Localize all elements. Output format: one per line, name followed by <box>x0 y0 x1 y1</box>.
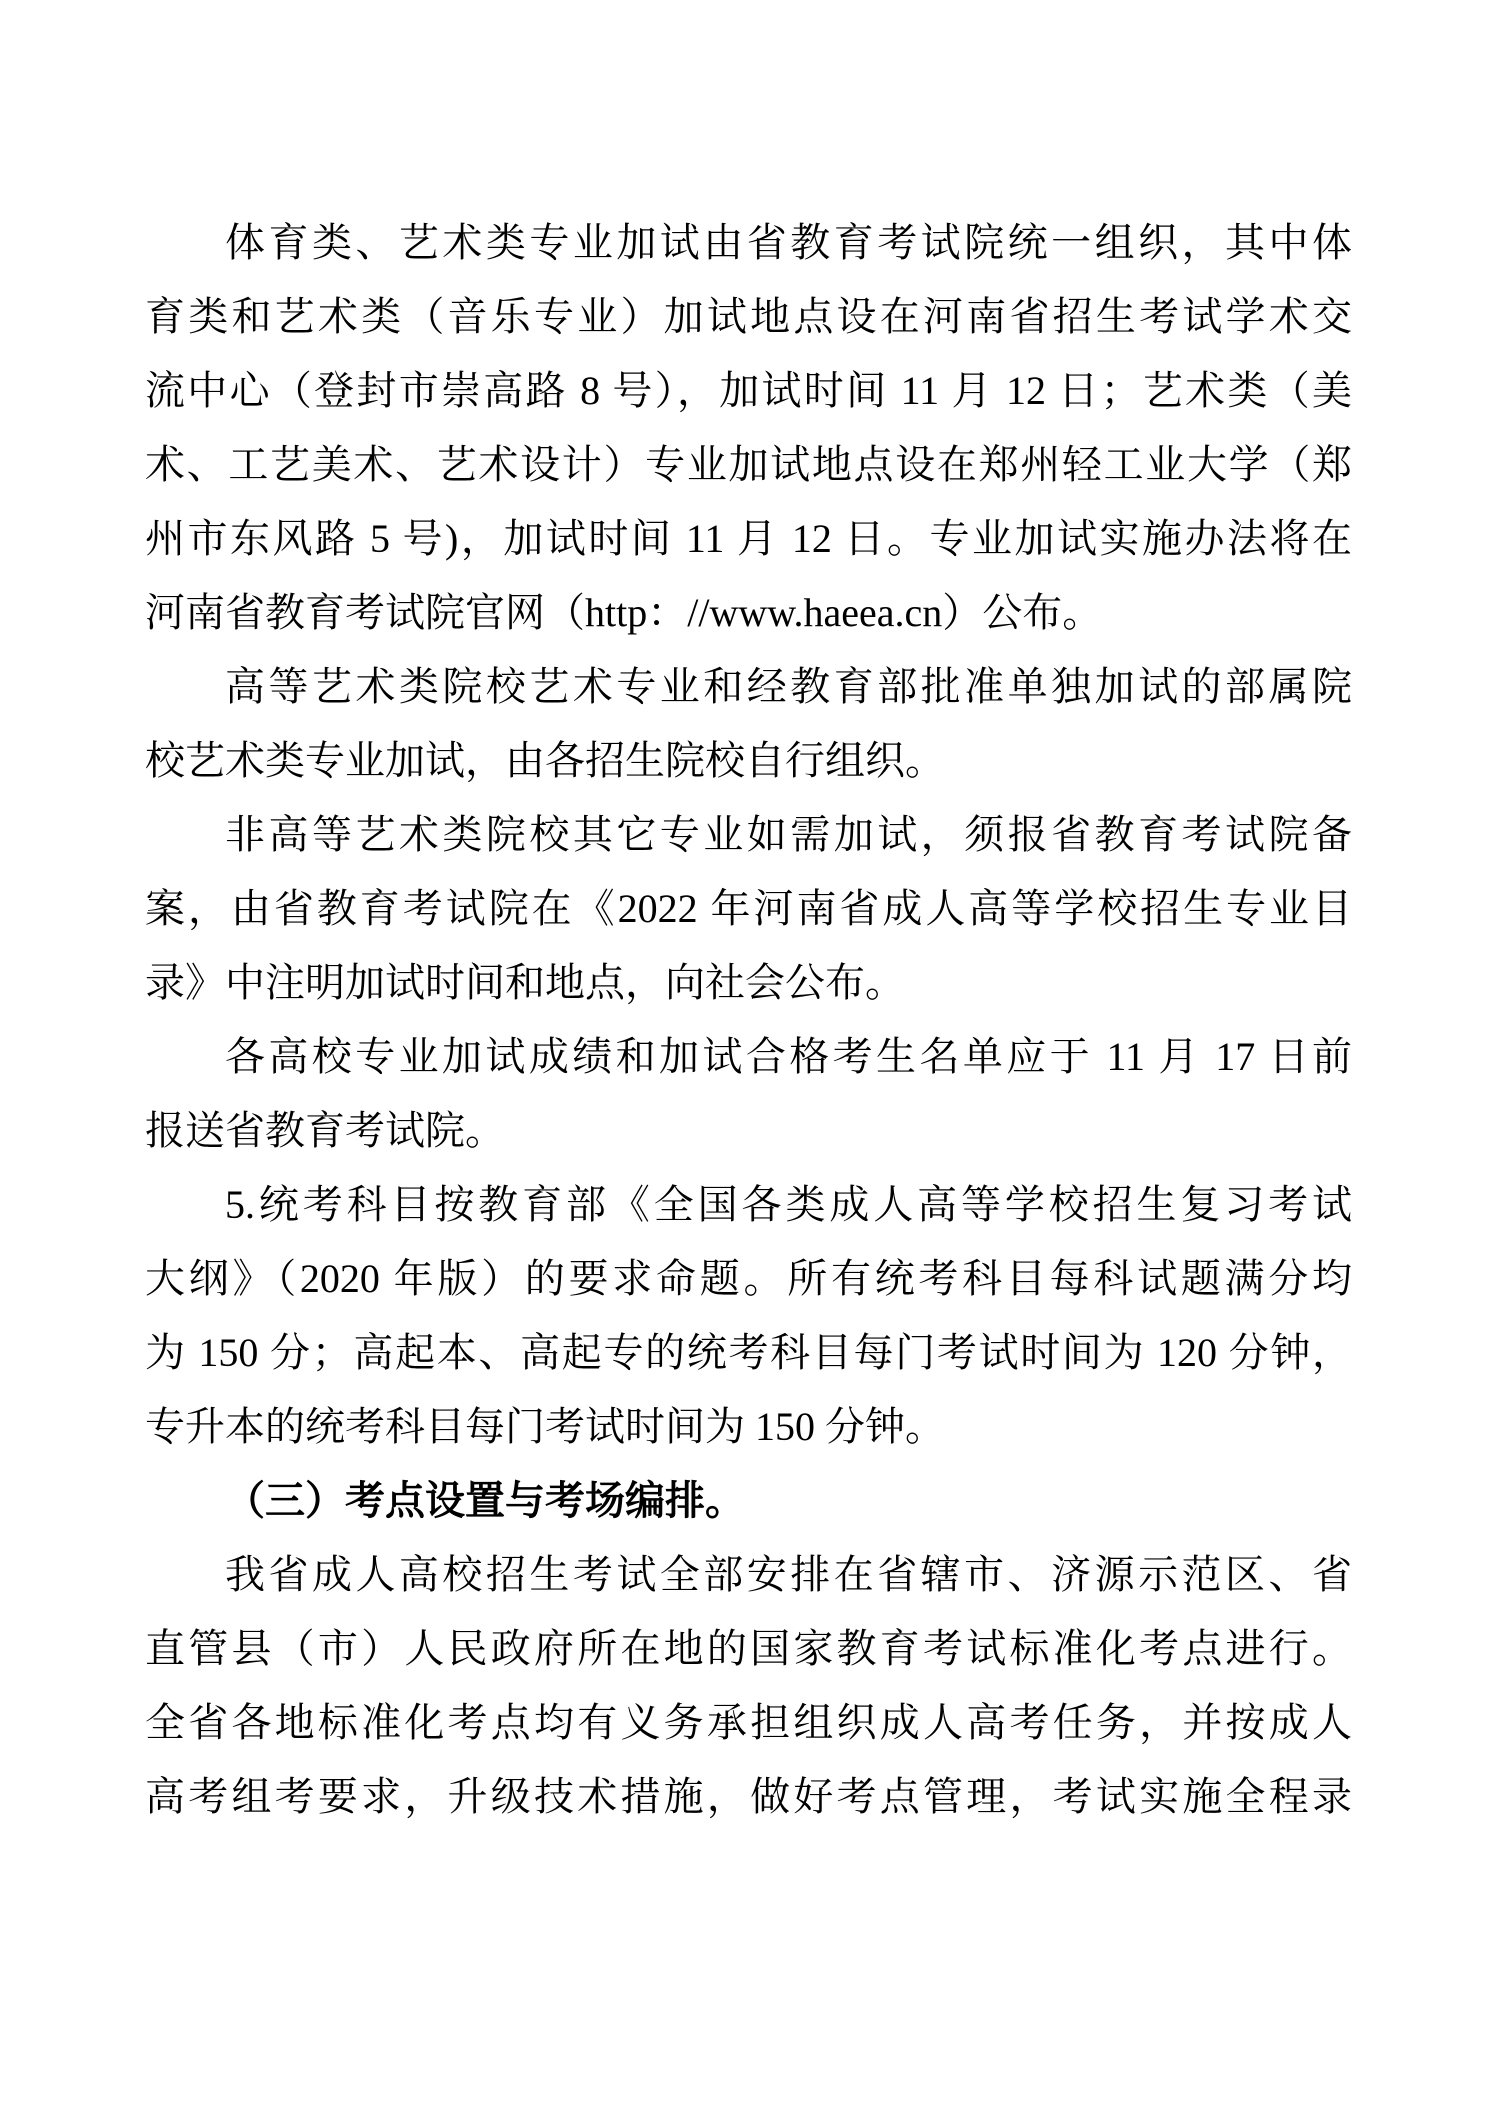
paragraph: 体育类、艺术类专业加试由省教育考试院统一组织，其中体 育类和艺术类（音乐专业）加… <box>145 206 1352 650</box>
section: （三）考点设置与考场编排。 <box>145 1464 1352 1538</box>
doc-line: 报送省教育考试院。 <box>145 1094 1352 1168</box>
doc-line: 我省成人高校招生考试全部安排在省辖市、济源示范区、省 <box>145 1538 1352 1612</box>
document-page: 体育类、艺术类专业加试由省教育考试院统一组织，其中体 育类和艺术类（音乐专业）加… <box>0 0 1497 2117</box>
doc-line: 全省各地标准化考点均有义务承担组织成人高考任务，并按成人 <box>145 1686 1352 1760</box>
paragraph: 5.统考科目按教育部《全国各类成人高等学校招生复习考试 大纲》（2020 年版）… <box>145 1168 1352 1464</box>
doc-line: 非高等艺术类院校其它专业如需加试，须报省教育考试院备 <box>145 798 1352 872</box>
doc-line: 高考组考要求，升级技术措施，做好考点管理，考试实施全程录 <box>145 1760 1352 1834</box>
doc-line: 术、工艺美术、艺术设计）专业加试地点设在郑州轻工业大学（郑 <box>145 428 1352 502</box>
doc-line: 州市东风路 5 号)，加试时间 11 月 12 日。专业加试实施办法将在 <box>145 502 1352 576</box>
paragraph: 各高校专业加试成绩和加试合格考生名单应于 11 月 17 日前 报送省教育考试院… <box>145 1020 1352 1168</box>
doc-line: 案，由省教育考试院在《2022 年河南省成人高等学校招生专业目 <box>145 872 1352 946</box>
paragraph: 非高等艺术类院校其它专业如需加试，须报省教育考试院备 案，由省教育考试院在《20… <box>145 798 1352 1020</box>
doc-line: 专升本的统考科目每门考试时间为 150 分钟。 <box>145 1390 1352 1464</box>
doc-line: 直管县（市）人民政府所在地的国家教育考试标准化考点进行。 <box>145 1612 1352 1686</box>
doc-line: 高等艺术类院校艺术专业和经教育部批准单独加试的部属院 <box>145 650 1352 724</box>
doc-line: 体育类、艺术类专业加试由省教育考试院统一组织，其中体 <box>145 206 1352 280</box>
doc-line: 录》中注明加试时间和地点，向社会公布。 <box>145 946 1352 1020</box>
doc-line: 河南省教育考试院官网（http：//www.haeea.cn）公布。 <box>145 576 1352 650</box>
doc-line: 校艺术类专业加试，由各招生院校自行组织。 <box>145 724 1352 798</box>
document-body: 体育类、艺术类专业加试由省教育考试院统一组织，其中体 育类和艺术类（音乐专业）加… <box>145 206 1352 1834</box>
section-heading: （三）考点设置与考场编排。 <box>145 1464 1352 1538</box>
doc-line: 各高校专业加试成绩和加试合格考生名单应于 11 月 17 日前 <box>145 1020 1352 1094</box>
doc-line: 为 150 分；高起本、高起专的统考科目每门考试时间为 120 分钟， <box>145 1316 1352 1390</box>
doc-line: 大纲》（2020 年版）的要求命题。所有统考科目每科试题满分均 <box>145 1242 1352 1316</box>
doc-line: 育类和艺术类（音乐专业）加试地点设在河南省招生考试学术交 <box>145 280 1352 354</box>
paragraph: 我省成人高校招生考试全部安排在省辖市、济源示范区、省 直管县（市）人民政府所在地… <box>145 1538 1352 1834</box>
doc-line: 5.统考科目按教育部《全国各类成人高等学校招生复习考试 <box>145 1168 1352 1242</box>
paragraph: 高等艺术类院校艺术专业和经教育部批准单独加试的部属院 校艺术类专业加试，由各招生… <box>145 650 1352 798</box>
doc-line: 流中心（登封市崇高路 8 号），加试时间 11 月 12 日；艺术类（美 <box>145 354 1352 428</box>
